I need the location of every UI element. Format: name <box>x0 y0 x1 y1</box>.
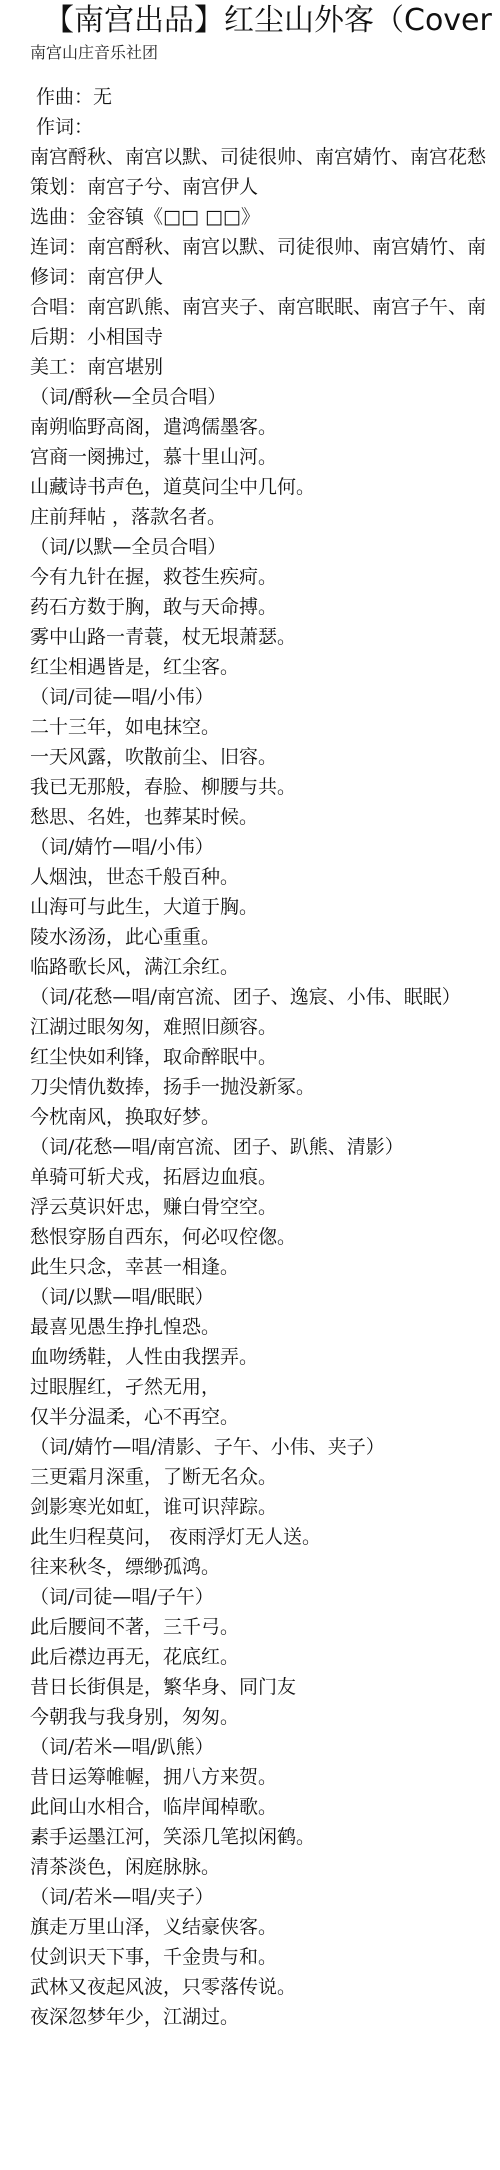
lyric-line: 夜深忽梦年少，江湖过。 <box>30 2002 500 2032</box>
lyric-line: 旗走万里山泽，义结豪侠客。 <box>30 1912 500 1942</box>
lyric-line: 药石方数于胸，敢与天命搏。 <box>30 592 500 622</box>
lyric-line: 江湖过眼匆匆，难照旧颜容。 <box>30 1012 500 1042</box>
lyric-line: 后期：小相国寺 <box>30 322 500 352</box>
lyric-line: （词/若米—唱/趴熊） <box>30 1732 500 1762</box>
lyric-line: 山海可与此生，大道于胸。 <box>30 892 500 922</box>
lyric-line: （词/以默—唱/眠眠） <box>30 1282 500 1312</box>
artist-name: 南宫山庄音乐社团 <box>30 42 158 64</box>
lyric-line: 此后腰间不著，三千弓。 <box>30 1612 500 1642</box>
lyric-line: 素手运墨江河，笑添几笔拟闲鹤。 <box>30 1822 500 1852</box>
lyric-line: 昔日长街俱是，繁华身、同门友 <box>30 1672 500 1702</box>
lyric-line: 往来秋冬，缥缈孤鸿。 <box>30 1552 500 1582</box>
lyric-line: （词/司徒—唱/子午） <box>30 1582 500 1612</box>
lyric-line: 刀尖情仇数捧，扬手一抛没新冢。 <box>30 1072 500 1102</box>
lyric-line: 选曲：金容镇《□□ □□》 <box>30 202 500 232</box>
lyric-line: 一天风露，吹散前尘、旧容。 <box>30 742 500 772</box>
lyric-line: 武林又夜起风波，只零落传说。 <box>30 1972 500 2002</box>
lyric-line: （词/以默—全员合唱） <box>30 532 500 562</box>
lyric-line: 单骑可斩犬戎，拓唇边血痕。 <box>30 1162 500 1192</box>
lyric-line: 最喜见愚生挣扎惶恐。 <box>30 1312 500 1342</box>
lyric-line: 南朔临野高阁，遣鸿儒墨客。 <box>30 412 500 442</box>
lyric-line: 策划：南宫子兮、南宫伊人 <box>30 172 500 202</box>
lyric-line: 愁恨穿肠自西东，何必叹倥偬。 <box>30 1222 500 1252</box>
lyric-line: 三更霜月深重，了断无名众。 <box>30 1462 500 1492</box>
lyric-line: 此生只念，幸甚一相逢。 <box>30 1252 500 1282</box>
lyric-line: 宫商一阕拂过，慕十里山河。 <box>30 442 500 472</box>
lyric-line: 临路歌长风，满江余红。 <box>30 952 500 982</box>
lyric-line: 红尘快如利锋，取命醉眠中。 <box>30 1042 500 1072</box>
lyric-line: 美工：南宫堪别 <box>30 352 500 382</box>
lyric-line: 我已无那般，春脸、柳腰与共。 <box>30 772 500 802</box>
lyric-line: 庄前拜帖 ，落款名者。 <box>30 502 500 532</box>
lyric-line: 血吻绣鞋，人性由我摆弄。 <box>30 1342 500 1372</box>
lyrics-body: 作曲：无 作词：南宫酹秋、南宫以默、司徒很帅、南宫婧竹、南宫花愁策划：南宫子兮、… <box>30 82 500 2032</box>
lyric-line: 今朝我与我身别，匆匆。 <box>30 1702 500 1732</box>
lyric-line: 浮云莫识奸忠，赚白骨空空。 <box>30 1192 500 1222</box>
lyric-line: 山藏诗书声色，道莫问尘中几何。 <box>30 472 500 502</box>
lyric-line: 作词： <box>30 112 500 142</box>
lyric-line: 清茶淡色，闲庭脉脉。 <box>30 1852 500 1882</box>
lyric-line: 南宫酹秋、南宫以默、司徒很帅、南宫婧竹、南宫花愁 <box>30 142 500 172</box>
lyric-line: 雾中山路一青蓑，杖无垠萧瑟。 <box>30 622 500 652</box>
lyric-line: （词/花愁—唱/南宫流、团子、趴熊、清影） <box>30 1132 500 1162</box>
lyric-line: （词/婧竹—唱/清影、子午、小伟、夹子） <box>30 1432 500 1462</box>
lyric-line: 合唱：南宫趴熊、南宫夹子、南宫眠眠、南宫子午、南 <box>30 292 500 322</box>
lyric-line: 今枕南风，换取好梦。 <box>30 1102 500 1132</box>
lyric-line: 此后襟边再无，花底红。 <box>30 1642 500 1672</box>
lyric-line: 剑影寒光如虹，谁可识萍踪。 <box>30 1492 500 1522</box>
lyric-line: 作曲：无 <box>30 82 500 112</box>
lyric-line: 此生归程莫问， 夜雨浮灯无人送。 <box>30 1522 500 1552</box>
lyric-line: （词/花愁—唱/南宫流、团子、逸宸、小伟、眠眠） <box>30 982 500 1012</box>
lyric-line: 连词：南宫酹秋、南宫以默、司徒很帅、南宫婧竹、南 <box>30 232 500 262</box>
lyric-line: 陵水汤汤，此心重重。 <box>30 922 500 952</box>
lyric-line: （词/酹秋—全员合唱） <box>30 382 500 412</box>
lyric-line: （词/若米—唱/夹子） <box>30 1882 500 1912</box>
lyric-line: 今有九针在握，救苍生疾疴。 <box>30 562 500 592</box>
lyric-line: （词/婧竹—唱/小伟） <box>30 832 500 862</box>
lyric-line: 此间山水相合，临岸闻棹歌。 <box>30 1792 500 1822</box>
lyric-line: （词/司徒—唱/小伟） <box>30 682 500 712</box>
lyric-line: 二十三年，如电抹空。 <box>30 712 500 742</box>
lyric-line: 仅半分温柔，心不再空。 <box>30 1402 500 1432</box>
lyric-line: 仗剑识天下事，千金贵与和。 <box>30 1942 500 1972</box>
lyric-line: 修词：南宫伊人 <box>30 262 500 292</box>
lyric-line: 昔日运筹帷幄，拥八方来贺。 <box>30 1762 500 1792</box>
lyric-line: 红尘相遇皆是，红尘客。 <box>30 652 500 682</box>
lyric-line: 过眼腥红，孑然无用， <box>30 1372 500 1402</box>
lyric-line: 人烟浊，世态千般百种。 <box>30 862 500 892</box>
lyric-line: 愁思、名姓，也葬某时候。 <box>30 802 500 832</box>
song-title: 【南宫出品】红尘山外客（Cover <box>44 2 492 40</box>
